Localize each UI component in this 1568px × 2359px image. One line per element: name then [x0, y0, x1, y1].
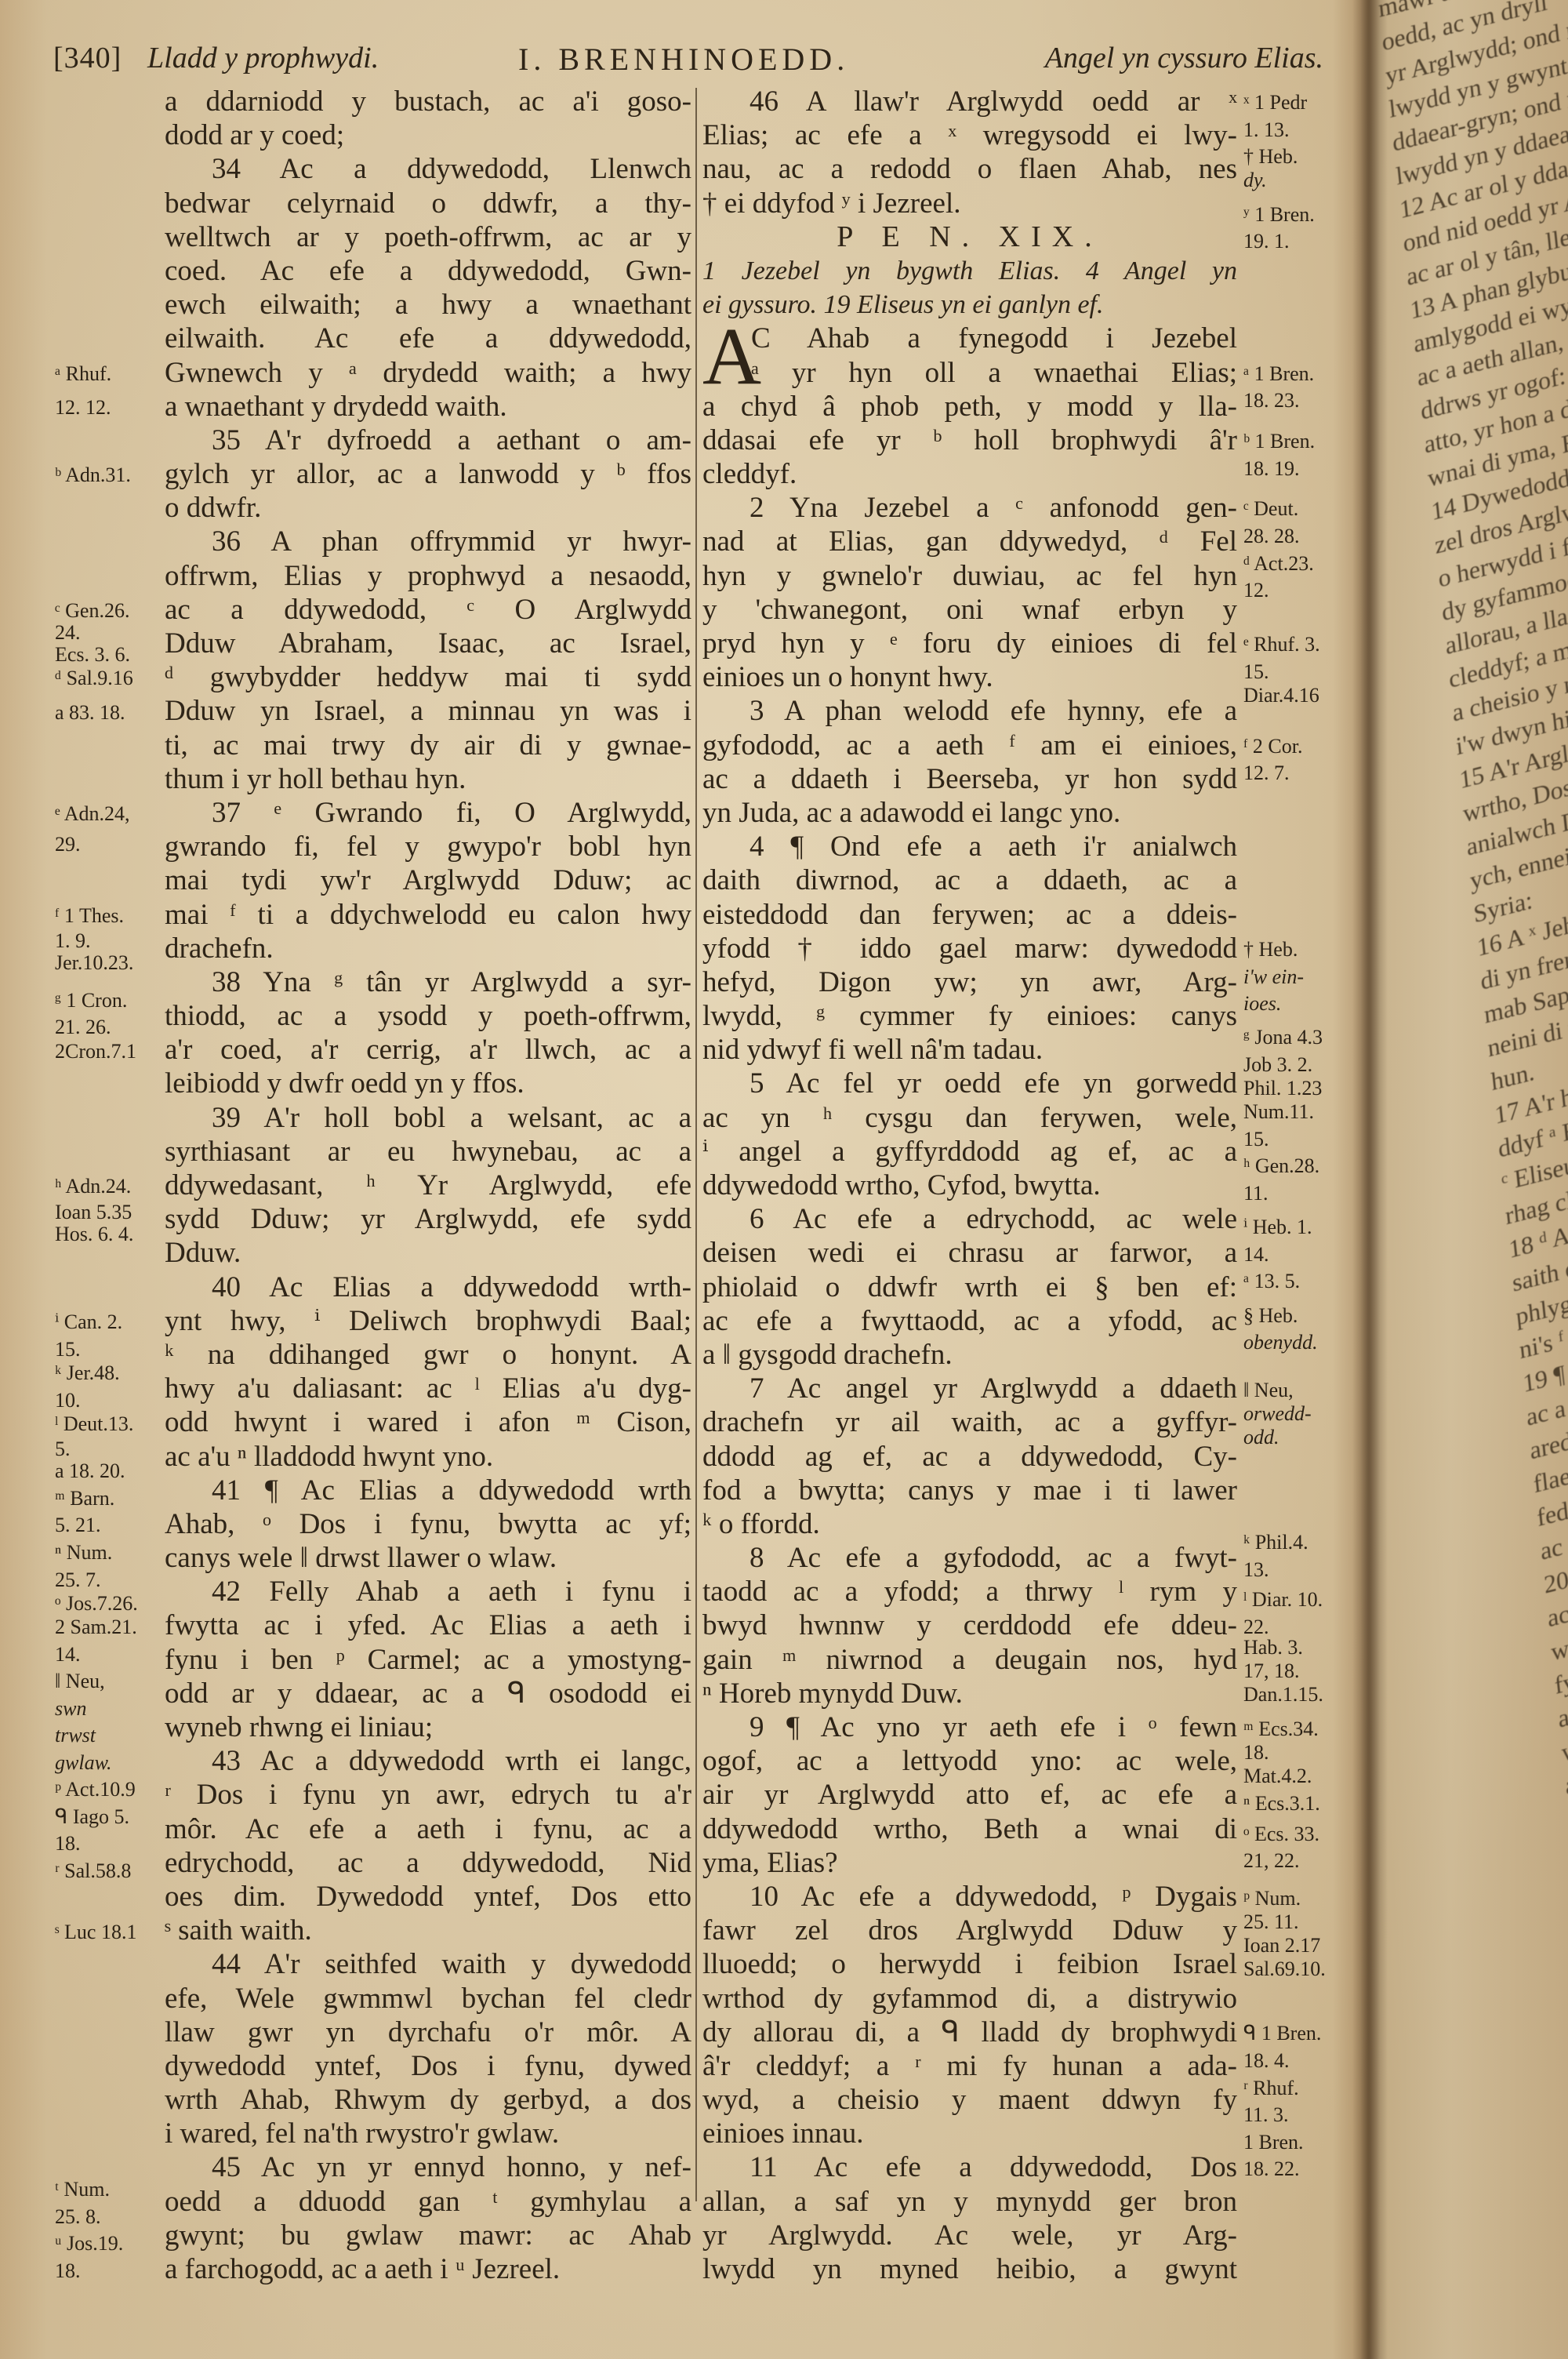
left-margin-note: ʰ Adn.24.	[55, 1176, 131, 1197]
right-margin-note: ᵈ Act.23.	[1243, 554, 1314, 574]
left-margin-note: 18.	[55, 1834, 81, 1854]
left-column-line: ᵏ na ddihanged gwr o honynt. A	[165, 1338, 691, 1372]
left-column-line: gylch yr allor, ac a lanwodd y ᵇ ffos	[165, 457, 691, 491]
facing-page-text: mawr a chaoedd, ac yn dryllyr Arglwydd; …	[1377, 0, 1568, 2172]
left-margin-note: Ioan 5.35	[55, 1202, 132, 1223]
right-margin-note: ᶠ 2 Cor.	[1243, 736, 1303, 757]
left-column-line: a ddarniodd y bustach, ac a'i goso-	[165, 85, 691, 118]
left-column-line: odd ar y ddaear, ac a ᑫ osododd ei	[165, 1677, 691, 1710]
left-column-line: 38 Yna ᵍ tân yr Arglwydd a syr-	[165, 965, 691, 999]
facing-page-edge: mawr a chaoedd, ac yn dryllyr Arglwydd; …	[1370, 0, 1568, 2359]
left-column-line: 34 Ac a ddywedodd, Llenwch	[165, 152, 691, 186]
left-margin-note: trwst	[55, 1725, 96, 1746]
right-margin-note: 14.	[1243, 1245, 1269, 1265]
right-margin-note: 18. 22.	[1243, 2159, 1300, 2179]
right-margin-note: 18. 23.	[1243, 391, 1300, 411]
right-margin-note: 28. 28.	[1243, 526, 1300, 547]
right-margin-note: ᵃ 1 Bren.	[1243, 364, 1314, 384]
right-column-line: a chyd â phob peth, y modd y lla-	[702, 390, 1237, 423]
left-margin-note: ᶠ 1 Thes.	[55, 906, 124, 926]
right-margin-note: 18. 4.	[1243, 2051, 1290, 2071]
drop-cap-line-1: C Ahab a fynegodd i Jezebel	[702, 322, 1237, 355]
right-margin-note: 1. 13.	[1243, 120, 1290, 140]
left-margin-note: ‖ Neu,	[55, 1671, 105, 1692]
right-column-line: 6 Ac efe a edrychodd, ac wele	[702, 1202, 1237, 1236]
right-column-line: yfodd † iddo gael marw: dywedodd	[702, 932, 1237, 965]
left-column-line: sydd Dduw; yr Arglwydd, efe sydd	[165, 1202, 691, 1236]
left-column-line: ac a'u ⁿ lladdodd hwynt yno.	[165, 1440, 691, 1474]
right-column-line: lluoedd; o herwydd i feibion Israel	[702, 1947, 1237, 1981]
right-text-column: 46 A llaw'r Arglwydd oedd ar ˣElias; ac …	[702, 85, 1237, 2286]
right-margin-note: ᵍ Jona 4.3	[1243, 1027, 1323, 1048]
left-margin-note: 5. 21.	[55, 1515, 101, 1536]
left-margin-note: 12. 12.	[55, 398, 111, 418]
right-margin-note: 13.	[1243, 1560, 1269, 1580]
left-margin-note: 21. 26.	[55, 1017, 111, 1038]
right-margin-note: 17, 18.	[1243, 1661, 1300, 1681]
right-column-line: dy allorau di, a ᑫ lladd dy brophwydi	[702, 2016, 1237, 2049]
left-column-line: ʳ Dos i fynu yn awr, edrych tu a'r	[165, 1778, 691, 1812]
left-margin-note: Hos. 6. 4.	[55, 1224, 133, 1245]
left-column-line: drachefn.	[165, 932, 691, 965]
left-margin-note: ᵗ Num.	[55, 2179, 110, 2200]
left-margin-note: 25. 8.	[55, 2207, 101, 2227]
verse-46-line: 46 A llaw'r Arglwydd oedd ar ˣ	[702, 85, 1237, 118]
left-column-line: Gwnewch y ᵃ drydedd waith; a hwy	[165, 356, 691, 390]
right-margin-note: ᵃ 13. 5.	[1243, 1271, 1300, 1292]
drop-cap-letter: A	[702, 323, 761, 391]
right-column-line: ddodd ag ef, ac a ddywedodd, Cy-	[702, 1440, 1237, 1474]
left-column-line: dodd ar y coed;	[165, 118, 691, 152]
verse-46-line: nau, ac a redodd o flaen Ahab, nes	[702, 152, 1237, 186]
right-margin-note: Mat.4.2.	[1243, 1766, 1312, 1787]
right-margin-note: ᵒ Ecs. 33.	[1243, 1824, 1319, 1845]
left-column-line: fwytta ac i yfed. Ac Elias a aeth i	[165, 1608, 691, 1642]
right-column-line: ⁿ Horeb mynydd Duw.	[702, 1677, 1237, 1710]
left-column-line: a farchogodd, ac a aeth i ᵘ Jezreel.	[165, 2252, 691, 2286]
right-margin-note: ⁿ Ecs.3.1.	[1243, 1794, 1320, 1814]
left-column-line: wrth Ahab, Rhwym dy gerbyd, a dos	[165, 2083, 691, 2117]
left-margin-note: a 18. 20.	[55, 1461, 125, 1481]
left-margin-note: a 83. 18.	[55, 703, 125, 723]
right-margin-note: Ioan 2.17	[1243, 1936, 1320, 1956]
chapter-summary-line: 1 Jezebel yn bygwth Elias. 4 Angel yn	[702, 254, 1237, 288]
right-column-line: ac yn ʰ cysgu dan ferywen, wele,	[702, 1101, 1237, 1135]
right-margin-note: ⁱ Heb. 1.	[1243, 1217, 1312, 1238]
right-margin-note: 15.	[1243, 1129, 1269, 1150]
right-column-line: fod a bwytta; canys y mae i ti lawer	[702, 1474, 1237, 1507]
left-column-line: wyneb rhwng ei liniau;	[165, 1710, 691, 1744]
left-margin-note: 5.	[55, 1439, 71, 1459]
left-margin-note: 2 Sam.21.	[55, 1617, 137, 1637]
left-column-line: hwy a'u daliasant: ac ˡ Elias a'u dyg-	[165, 1372, 691, 1405]
right-margin-note: 19. 1.	[1243, 231, 1290, 252]
verse-46-line: † ei ddyfod ʸ i Jezreel.	[702, 187, 1237, 220]
chapter-opening: A C Ahab a fynegodd i Jezebel ᵃ yr hyn o…	[702, 322, 1237, 389]
right-margin-note: ᵏ Phil.4.	[1243, 1532, 1308, 1553]
left-margin-note: ⁱ Can. 2.	[55, 1312, 122, 1332]
left-column-line: dywedodd yntef, Dos i fynu, dywed	[165, 2049, 691, 2083]
right-margin-note: ˣ 1 Pedr	[1243, 93, 1307, 113]
right-column-line: allan, a saf yn y mynydd ger bron	[702, 2185, 1237, 2219]
right-column-line: a ‖ gysgodd drachefn.	[702, 1338, 1237, 1372]
right-column-line: 10 Ac efe a ddywedodd, ᵖ Dygais	[702, 1880, 1237, 1914]
left-margin-note: 29.	[55, 834, 81, 855]
left-column-line: gwrando fi, fel y gwypo'r bobl hyn	[165, 830, 691, 863]
left-margin-note: ᵖ Act.10.9	[55, 1779, 136, 1800]
left-column-line: 45 Ac yn yr ennyd honno, y nef-	[165, 2150, 691, 2184]
left-column-line: oes dim. Dywedodd yntef, Dos etto	[165, 1880, 691, 1914]
chapter-summary-line: ei gyssuro. 19 Eliseus yn ei ganlyn ef.	[702, 288, 1237, 322]
right-column-line: yr Arglwydd. Ac wele, yr Arg-	[702, 2219, 1237, 2252]
page-number: [340]	[53, 41, 122, 75]
right-column-line: yma, Elias?	[702, 1846, 1237, 1880]
right-margin-note: 18.	[1243, 1743, 1269, 1763]
left-column-line: eilwaith. Ac efe a ddywedodd,	[165, 322, 691, 355]
right-margin-note: ioes.	[1243, 994, 1281, 1014]
left-margin-note: 25. 7.	[55, 1570, 101, 1590]
left-running-title: Lladd y prophwydi.	[147, 41, 379, 75]
right-margin-note: † Heb.	[1243, 147, 1298, 167]
right-margin-note: 25. 11.	[1243, 1912, 1299, 1932]
right-column-line: 3 A phan welodd efe hynny, efe a	[702, 694, 1237, 728]
right-margin-note: Diar.4.16	[1243, 685, 1319, 706]
right-column-line: ⁱ angel a gyffyrddodd ag ef, ac a	[702, 1135, 1237, 1169]
right-column-line: pryd hyn y ᵉ foru dy einioes di fel	[702, 627, 1237, 660]
left-margin-note: ˡ Deut.13.	[55, 1414, 133, 1434]
right-margin-note: ᵇ 1 Bren.	[1243, 431, 1315, 452]
right-margin-note: Sal.69.10.	[1243, 1959, 1326, 1979]
right-margin-note: 1 Bren.	[1243, 2132, 1304, 2153]
right-margin-note: 21, 22.	[1243, 1851, 1300, 1871]
left-column-line: 35 A'r dyfroedd a aethant o am-	[165, 423, 691, 457]
left-column-line: leibiodd y dwfr oedd yn y ffos.	[165, 1067, 691, 1100]
left-column-line: a'r coed, a'r cerrig, a'r llwch, ac a	[165, 1033, 691, 1067]
left-margin-note: Jer.10.23.	[55, 953, 133, 973]
chapter-19-text: a chyd â phob peth, y modd y lla-ddasai …	[702, 390, 1237, 2287]
left-margin-note: ᵒ Jos.7.26.	[55, 1594, 138, 1614]
left-column-line: o ddwfr.	[165, 491, 691, 525]
right-margin-note: ᵉ Rhuf. 3.	[1243, 634, 1320, 655]
left-margin-note: ᶜ Gen.26.	[55, 601, 129, 621]
left-column-line: 44 A'r seithfed waith y dywedodd	[165, 1947, 691, 1981]
right-margin-note: 12. 7.	[1243, 763, 1290, 783]
right-column-line: deisen wedi ei chrasu ar farwor, a	[702, 1236, 1237, 1270]
right-column-line: ogof, ac a lettyodd yno: ac wele,	[702, 1744, 1237, 1778]
right-margin-note: † Heb.	[1243, 940, 1298, 960]
right-column-line: ac efe a fwyttaodd, ac a yfodd, ac	[702, 1304, 1237, 1338]
left-margin-note: 1. 9.	[55, 931, 91, 951]
right-column-line: nad at Elias, gan ddywedyd, ᵈ Fel	[702, 525, 1237, 558]
right-margin-note: orwedd-	[1243, 1404, 1312, 1424]
right-running-title: Angel yn cyssuro Elias.	[1045, 41, 1323, 75]
running-header: [340] Lladd y prophwydi. I. BRENHINOEDD.…	[53, 41, 1323, 85]
right-margin-note: 11.	[1243, 1183, 1269, 1204]
left-column-line: 39 A'r holl bobl a welsant, ac a	[165, 1101, 691, 1135]
right-margin-note: 18. 19.	[1243, 459, 1300, 479]
right-column-line: eisteddodd dan ferywen; ac a ddeis-	[702, 898, 1237, 932]
left-column-line: ᵈ gwybydder heddyw mai ti sydd	[165, 660, 691, 694]
left-margin-note: ᵐ Barn.	[55, 1488, 114, 1509]
left-column-line: 36 A phan offrymmid yr hwyr-	[165, 525, 691, 558]
right-column-line: lwydd yn myned heibio, a gwynt	[702, 2252, 1237, 2286]
right-column-line: ddywedodd wrtho, Cyfod, bwytta.	[702, 1169, 1237, 1202]
right-column-line: 5 Ac fel yr oedd efe yn gorwedd	[702, 1067, 1237, 1100]
right-margin-note: 12.	[1243, 580, 1269, 601]
right-column-line: drachefn yr ail waith, ac a gyffyr-	[702, 1405, 1237, 1439]
right-column-line: y 'chwanegont, oni wnaf erbyn y	[702, 593, 1237, 627]
right-margin-note: ʸ 1 Bren.	[1243, 205, 1315, 225]
right-column-line: ddasai efe yr ᵇ holl brophwydi â'r	[702, 423, 1237, 457]
left-margin-note: ᵍ 1 Cron.	[55, 990, 127, 1011]
right-margin-note: i'w ein-	[1243, 967, 1304, 987]
right-column-line: taodd ac a yfodd; a thrwy ˡ rym y	[702, 1575, 1237, 1608]
left-margin-note: 14.	[55, 1645, 81, 1665]
left-margin-note: 24.	[55, 623, 81, 643]
right-margin-note: 15.	[1243, 662, 1269, 682]
right-margin-note: Hab. 3.	[1243, 1637, 1303, 1658]
left-column-line: ynt hwy, ⁱ Deliwch brophwydi Baal;	[165, 1304, 691, 1338]
left-text-column: a ddarniodd y bustach, ac a'i goso-dodd …	[165, 85, 691, 2286]
left-column-line: thum i yr holl bethau hyn.	[165, 762, 691, 796]
left-column-line: syrthiasant ar eu hwynebau, ac a	[165, 1135, 691, 1169]
left-margin-note: ᵃ Rhuf.	[55, 364, 111, 384]
right-margin-note: ᶜ Deut.	[1243, 499, 1298, 519]
chapter-heading: P E N. XIX.	[702, 220, 1237, 254]
verse-46-block: 46 A llaw'r Arglwydd oedd ar ˣElias; ac …	[702, 85, 1237, 220]
left-column-line: edrychodd, ac a ddywedodd, Nid	[165, 1846, 691, 1880]
right-column-line: bwyd hwnnw y cerddodd efe ddeu-	[702, 1608, 1237, 1642]
right-column-line: 8 Ac efe a gyfododd, ac a fwyt-	[702, 1541, 1237, 1575]
right-margin-note: Phil. 1.23	[1243, 1078, 1322, 1099]
right-margin-note: ᵖ Num.	[1243, 1888, 1301, 1909]
drop-cap-line-2: ᵃ yr hyn oll a wnaethai Elias;	[702, 356, 1237, 390]
right-margin-note: Num.11.	[1243, 1102, 1314, 1122]
left-column-line: odd hwynt i wared i afon ᵐ Cison,	[165, 1405, 691, 1439]
right-margin-note: ᵐ Ecs.34.	[1243, 1719, 1319, 1739]
left-margin-note: swn	[55, 1699, 86, 1719]
left-margin-note: ᵘ Jos.19.	[55, 2234, 123, 2254]
left-column-line: gwynt; bu gwlaw mawr: ac Ahab	[165, 2219, 691, 2252]
left-column-line: oedd a dduodd gan ᵗ gymhylau a	[165, 2185, 691, 2219]
book-title: I. BRENHINOEDD.	[518, 41, 849, 78]
right-margin-note: § Heb.	[1243, 1306, 1298, 1326]
right-column-line: hyn y gwnelo'r duwiau, ac fel hyn	[702, 559, 1237, 593]
right-column-line: 9 ¶ Ac yno yr aeth efe i ᵒ fewn	[702, 1710, 1237, 1744]
right-column-line: wrthod dy gyfammod di, a distrywio	[702, 1982, 1237, 2016]
verse-46-line: Elias; ac efe a ˣ wregysodd ei lwy-	[702, 118, 1237, 152]
right-margin-note: ˡ Diar. 10.	[1243, 1590, 1323, 1610]
right-margin-note: Job 3. 2.	[1243, 1055, 1312, 1075]
left-column-line: i wared, fel na'th rwystro'r gwlaw.	[165, 2117, 691, 2150]
left-column-line: môr. Ac efe a aeth i fynu, ac a	[165, 1812, 691, 1846]
left-margin-note: ᵏ Jer.48.	[55, 1363, 120, 1383]
left-column-line: 37 ᵉ Gwrando fi, O Arglwydd,	[165, 796, 691, 830]
left-margin-note: ʳ Sal.58.8	[55, 1861, 131, 1881]
left-column-line: ddywedasant, ʰ Yr Arglwydd, efe	[165, 1169, 691, 1202]
left-margin-note: ˢ Luc 18.1	[55, 1922, 136, 1943]
right-margin-note: obenydd.	[1243, 1332, 1318, 1353]
right-margin-note: ᑫ 1 Bren.	[1243, 2023, 1321, 2044]
left-column-line: coed. Ac efe a ddywedodd, Gwn-	[165, 254, 691, 288]
right-column-line: gain ᵐ niwrnod a deugain nos, hyd	[702, 1643, 1237, 1677]
left-column-line: ac a ddywedodd, ᶜ O Arglwydd	[165, 593, 691, 627]
left-column-line: efe, Wele gwmmwl bychan fel cledr	[165, 1982, 691, 2016]
right-column-line: 11 Ac efe a ddywedodd, Dos	[702, 2150, 1237, 2184]
left-column-line: canys wele ‖ drwst llawer o wlaw.	[165, 1541, 691, 1575]
right-column-line: phiolaid o ddwfr wrth ei § ben ef:	[702, 1270, 1237, 1304]
right-margin-note: odd.	[1243, 1427, 1279, 1448]
right-column-line: 4 ¶ Ond efe a aeth i'r anialwch	[702, 830, 1237, 863]
right-column-line: ᵏ o ffordd.	[702, 1507, 1237, 1541]
right-column-line: einioes innau.	[702, 2117, 1237, 2150]
left-column-line: Dduw Abraham, Isaac, ac Israel,	[165, 627, 691, 660]
left-column-line: bedwar celyrnaid o ddwfr, a thy-	[165, 187, 691, 220]
right-column-line: gyfododd, ac a aeth ᶠ am ei einioes,	[702, 729, 1237, 762]
right-margin-note: 11. 3.	[1243, 2105, 1289, 2125]
left-margin-note: 10.	[55, 1390, 81, 1411]
right-column-line: cleddyf.	[702, 457, 1237, 491]
right-column-line: hefyd, Digon yw; yn awr, Arg-	[702, 965, 1237, 999]
right-margin-note: dy.	[1243, 170, 1267, 191]
right-column-line: lwydd, ᵍ cymmer fy einioes: canys	[702, 999, 1237, 1033]
chapter-summary: 1 Jezebel yn bygwth Elias. 4 Angel ynei …	[702, 254, 1237, 322]
right-column-line: ddywedodd wrtho, Beth a wnai di	[702, 1812, 1237, 1846]
left-margin-note: gwlaw.	[55, 1753, 111, 1773]
right-margin-note: ʳ Rhuf.	[1243, 2078, 1299, 2099]
right-column-line: 7 Ac angel yr Arglwydd a ddaeth	[702, 1372, 1237, 1405]
right-margin-note: ʰ Gen.28.	[1243, 1156, 1319, 1176]
right-column-line: â'r cleddyf; a ʳ mi fy hunan a ada-	[702, 2049, 1237, 2083]
left-column-line: Dduw.	[165, 1236, 691, 1270]
left-column-line: mai tydi yw'r Arglwydd Dduw; ac	[165, 863, 691, 897]
right-margin-note: 22.	[1243, 1617, 1269, 1637]
right-margin-note: Dan.1.15.	[1243, 1685, 1323, 1705]
left-margin-note: ⁿ Num.	[55, 1543, 112, 1563]
left-column-line: 40 Ac Elias a ddywedodd wrth-	[165, 1270, 691, 1304]
right-column-line: einioes un o honynt hwy.	[702, 660, 1237, 694]
right-column-line: 2 Yna Jezebel a ᶜ anfonodd gen-	[702, 491, 1237, 525]
left-margin-note: 15.	[55, 1339, 81, 1360]
left-margin-note: ᵉ Adn.24,	[55, 804, 130, 824]
left-margin-note: ᑫ Iago 5.	[55, 1807, 129, 1827]
right-column-line: air yr Arglwydd atto ef, ac efe a	[702, 1778, 1237, 1812]
left-column-line: fynu i ben ᵖ Carmel; ac a ymostyng-	[165, 1643, 691, 1677]
left-margin-note: 2Cron.7.1	[55, 1041, 136, 1062]
right-column-line: fawr zel dros Arglwydd Dduw y	[702, 1914, 1237, 1947]
left-margin-note: ᵈ Sal.9.16	[55, 668, 133, 689]
left-column-line: ti, ac mai trwy dy air di y gwnae-	[165, 729, 691, 762]
left-margin-note: Ecs. 3. 6.	[55, 645, 130, 665]
left-margin-note: ᵇ Adn.31.	[55, 465, 131, 485]
left-column-line: welltwch ar y poeth-offrwm, ac ar y	[165, 220, 691, 254]
left-column-line: offrwm, Elias y prophwyd a nesaodd,	[165, 559, 691, 593]
left-column-line: mai ᶠ ti a ddychwelodd eu calon hwy	[165, 898, 691, 932]
left-column-line: a wnaethant y drydedd waith.	[165, 390, 691, 423]
left-column-line: 43 Ac a ddywedodd wrth ei langc,	[165, 1744, 691, 1778]
right-column-line: yn Juda, ac a adawodd ei langc yno.	[702, 796, 1237, 830]
left-column-line: ˢ saith waith.	[165, 1914, 691, 1947]
right-column-line: daith diwrnod, ac a ddaeth, ac a	[702, 863, 1237, 897]
right-margin-note: ‖ Neu,	[1243, 1380, 1294, 1401]
left-column-line: 42 Felly Ahab a aeth i fynu i	[165, 1575, 691, 1608]
right-column-line: nid ydwyf fi well nâ'm tadau.	[702, 1033, 1237, 1067]
left-column-line: thiodd, ac a ysodd y poeth-offrwm,	[165, 999, 691, 1033]
right-column-line: ac a ddaeth i Beerseba, yr hon sydd	[702, 762, 1237, 796]
left-column-line: ewch eilwaith; a hwy a wnaethant	[165, 288, 691, 322]
left-margin-note: 18.	[55, 2261, 81, 2281]
right-column-line: wyd, a cheisio y maent ddwyn fy	[702, 2083, 1237, 2117]
left-column-line: Dduw yn Israel, a minnau yn was i	[165, 694, 691, 728]
left-column-line: Ahab, ᵒ Dos i fynu, bwytta ac yf;	[165, 1507, 691, 1541]
left-column-line: llaw gwr yn dyrchafu o'r môr. A	[165, 2016, 691, 2049]
left-column-line: 41 ¶ Ac Elias a ddywedodd wrth	[165, 1474, 691, 1507]
column-divider-rule	[695, 88, 697, 2201]
